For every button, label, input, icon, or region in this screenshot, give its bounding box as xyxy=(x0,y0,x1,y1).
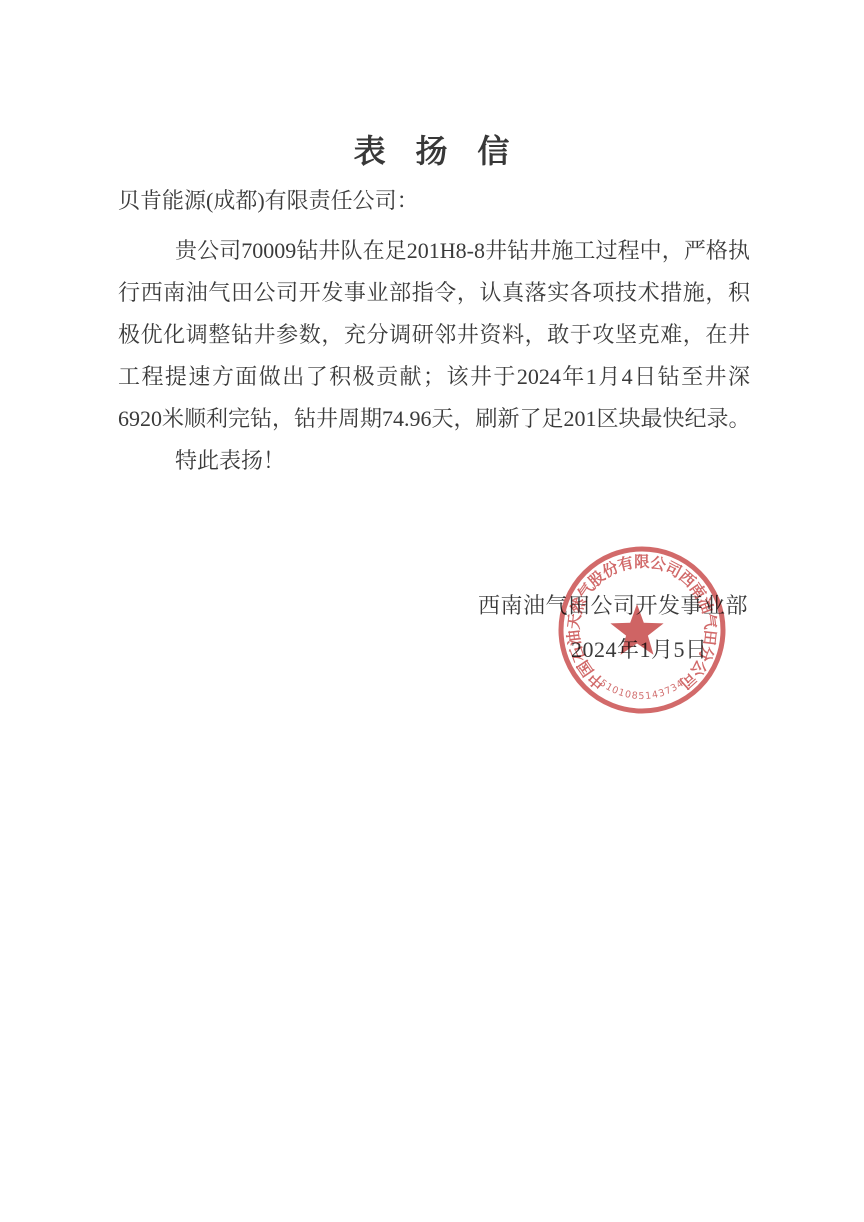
signature-date: 2024年1月5日 xyxy=(571,633,708,664)
seal-ring-text: 中国石油天然气股份有限公司西南油气田分公司 xyxy=(565,552,721,693)
salutation: 贝肯能源(成都)有限责任公司： xyxy=(118,186,758,216)
body-line: 6920米顺利完钻，钻井周期74.96天，刷新了足201区块最快纪录。 xyxy=(118,398,750,440)
letter-title: 表 扬 信 xyxy=(0,126,864,172)
letter-body: 贵公司70009钻井队在足201H8-8井钻井施工过程中，严格执 行西南油气田公… xyxy=(118,230,750,482)
closing-line: 特此表扬！ xyxy=(118,440,750,482)
seal-ring xyxy=(561,549,723,711)
signature-org: 西南油气田公司开发事业部 xyxy=(118,589,748,620)
body-line: 贵公司70009钻井队在足201H8-8井钻井施工过程中，严格执 xyxy=(118,230,750,272)
body-line: 工程提速方面做出了积极贡献；该井于2024年1月4日钻至井深 xyxy=(118,356,750,398)
official-seal-stamp: 中国石油天然气股份有限公司西南油气田分公司 5101085143734 xyxy=(554,542,730,718)
body-line: 行西南油气田公司开发事业部指令，认真落实各项技术措施，积 xyxy=(118,272,750,314)
letter-page: 表 扬 信 贝肯能源(成都)有限责任公司： 贵公司70009钻井队在足201H8… xyxy=(0,0,864,1222)
seal-code: 5101085143734 xyxy=(597,678,686,702)
seal-ring-text-holder: 中国石油天然气股份有限公司西南油气田分公司 xyxy=(565,552,721,693)
seal-code-holder: 5101085143734 xyxy=(597,678,686,702)
body-line: 极优化调整钻井参数，充分调研邻井资料，敢于攻坚克难，在井 xyxy=(118,314,750,356)
